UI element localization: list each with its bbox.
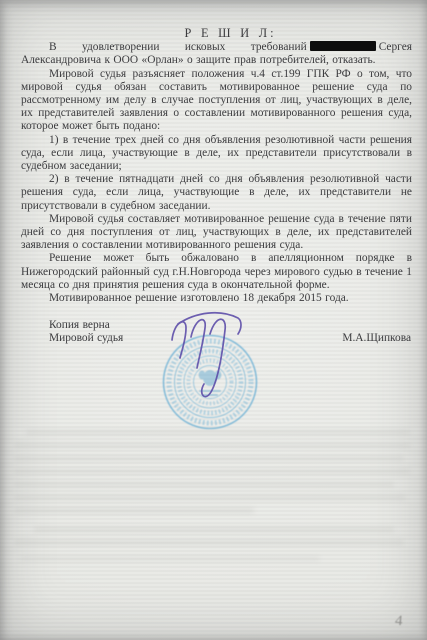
decision-paragraph-explanation: Мировой судья разъясняет положения ч.4 с… xyxy=(21,68,412,134)
intro-text-before: В удовлетворении исковых требований xyxy=(49,41,307,53)
decision-paragraph-term-fifteen-days: 2) в течение пятнадцати дней со дня объя… xyxy=(21,173,412,213)
decision-paragraph-appeal: Решение может быть обжаловано в апелляци… xyxy=(21,252,412,292)
decision-intro-paragraph: В удовлетворении исковых требованийСерге… xyxy=(21,40,412,67)
judge-title: Мировой судья xyxy=(49,332,123,345)
court-decision-body: Р Е Ш И Л: В удовлетворении исковых треб… xyxy=(21,27,412,346)
decision-paragraph-term-three-days: 1) в течение трех дней со дня объявления… xyxy=(21,134,412,174)
decision-heading: Р Е Ш И Л: xyxy=(21,27,412,40)
decision-paragraph-five-days: Мировой судья составляет мотивированное … xyxy=(21,213,412,253)
redaction-bar xyxy=(310,41,376,51)
judge-name: М.А.Щипкова xyxy=(342,332,411,345)
page-number: 4 xyxy=(394,613,403,631)
decision-paragraph-date: Мотивированное решение изготовлено 18 де… xyxy=(21,292,412,305)
judge-signature xyxy=(158,306,262,410)
